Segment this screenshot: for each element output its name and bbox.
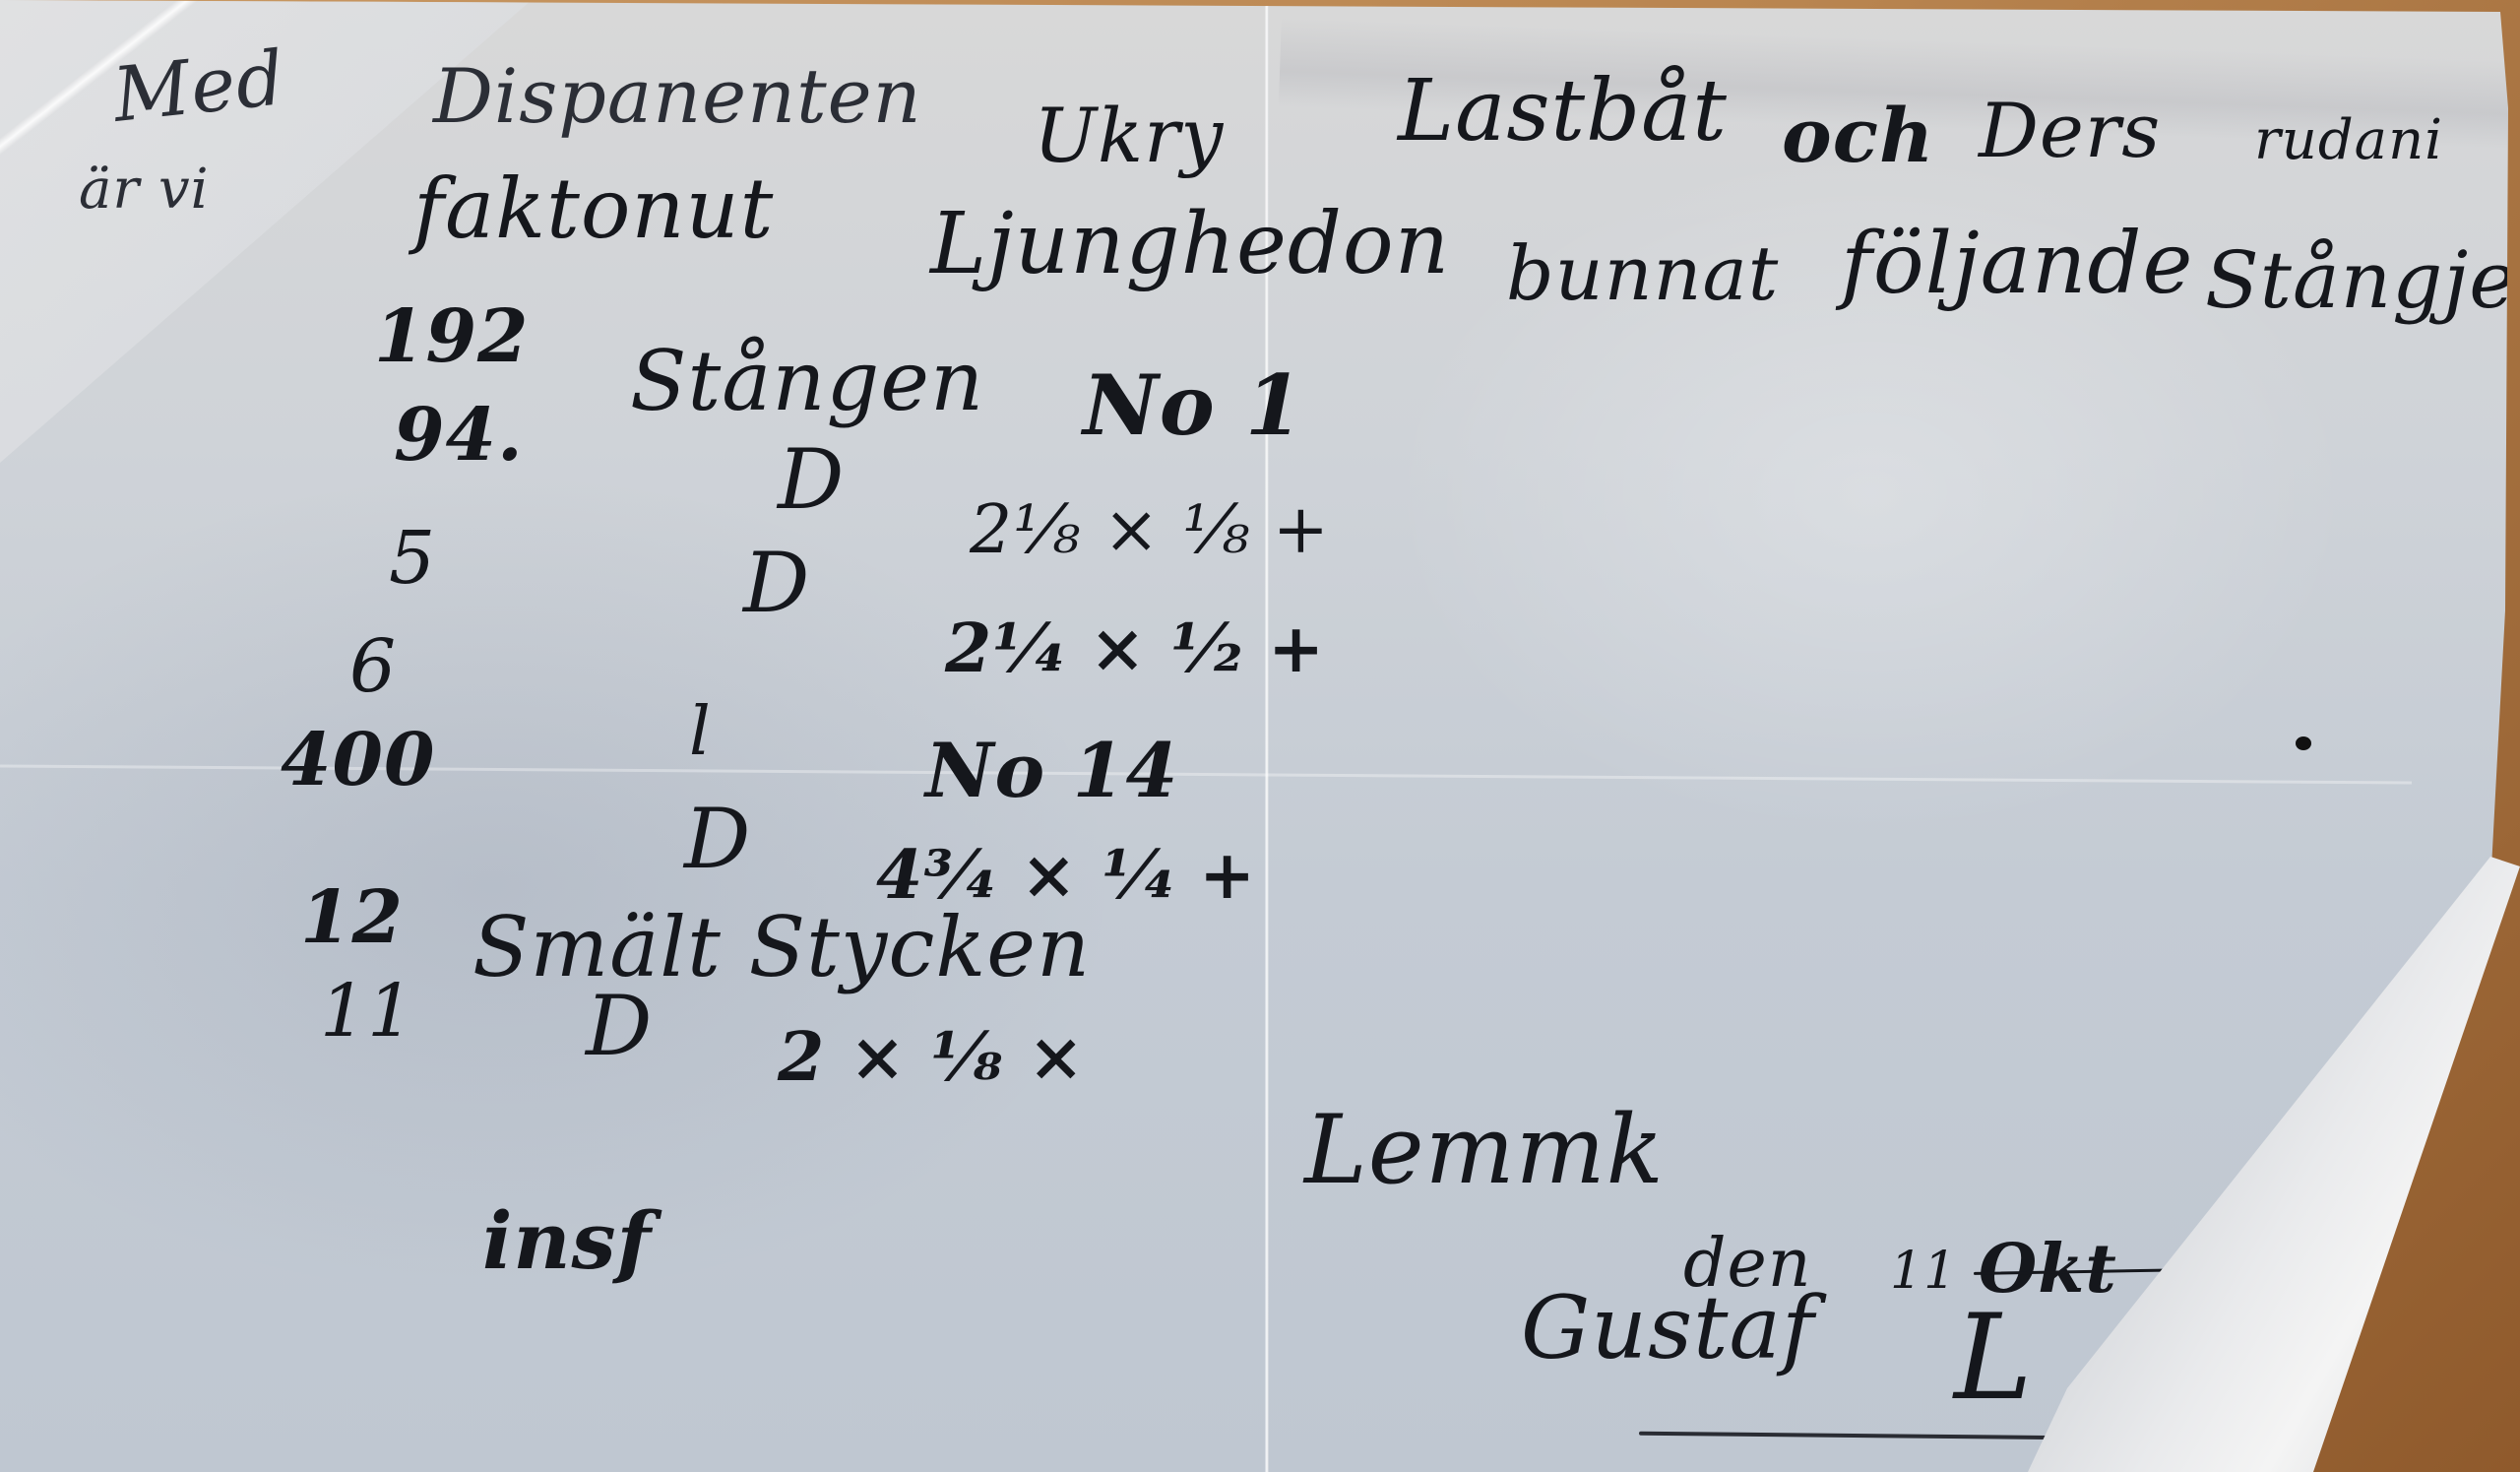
closing-place: Lemmk: [1304, 1103, 1665, 1197]
item-3-ditto-mark: D: [743, 542, 810, 624]
header-word-ders: Ders: [1979, 94, 2161, 168]
signature-first-name: Gustaf: [1521, 1285, 1815, 1372]
item-1-description: Stången: [630, 340, 984, 422]
header-word-stangjern: Stångjern: [2205, 241, 2520, 320]
item-7-description: Smält Stycken: [472, 906, 1091, 989]
item-3-quantity: 5: [389, 522, 436, 595]
header-word-ljunghedon: Ljunghedon: [930, 202, 1450, 287]
header-word-och: och: [1782, 98, 1934, 173]
item-2-quantity: 94.: [394, 399, 524, 472]
item-8-ditto-mark: D: [586, 985, 653, 1067]
header-word-faktonut: faktonut: [413, 167, 774, 250]
margin-note: insf: [482, 1201, 652, 1280]
header-word-ukry: Ukry: [1034, 98, 1224, 173]
item-4-dimensions: 2¹⁄₄ × ¹⁄₂ +: [945, 615, 1325, 682]
item-2-ditto-mark: D: [778, 438, 845, 521]
header-word-rudani: rudani: [2254, 113, 2443, 168]
signature-initial: L: [1954, 1300, 2034, 1418]
item-3-dimensions: 2¹⁄₈ × ¹⁄₈ +: [970, 497, 1330, 564]
item-8-dimensions: 2 × ¹⁄₈ ×: [778, 1024, 1085, 1091]
item-4-quantity: 6: [349, 630, 397, 703]
closing-day: 11: [1890, 1246, 1957, 1297]
item-1-spec: No 1: [1083, 364, 1304, 447]
signature-underline: [1639, 1432, 2072, 1440]
item-5-spec: No 14: [925, 734, 1178, 808]
header-word-lastbat: Lastbåt: [1398, 69, 1728, 154]
item-5-quantity: 400: [281, 724, 435, 797]
item-7-quantity: 12: [300, 881, 404, 954]
paper-sheet: Med Dispanenten Ukry Lastbåt och Ders ru…: [0, 0, 2520, 1472]
header-word-foljande: följande: [1841, 222, 2193, 306]
header-word-dispanenten: Dispanenten: [433, 59, 922, 134]
item-1-quantity: 192: [374, 300, 529, 373]
header-word-ar-vi: är vi: [79, 162, 210, 218]
header-word-med: Med: [110, 40, 288, 133]
header-word-bunnat: bunnat: [1506, 236, 1779, 311]
item-6-ditto-mark: D: [684, 798, 751, 880]
item-8-quantity: 11: [320, 975, 414, 1048]
ink-dot: [2296, 736, 2311, 750]
item-5-ditto-mark: l: [689, 699, 712, 766]
